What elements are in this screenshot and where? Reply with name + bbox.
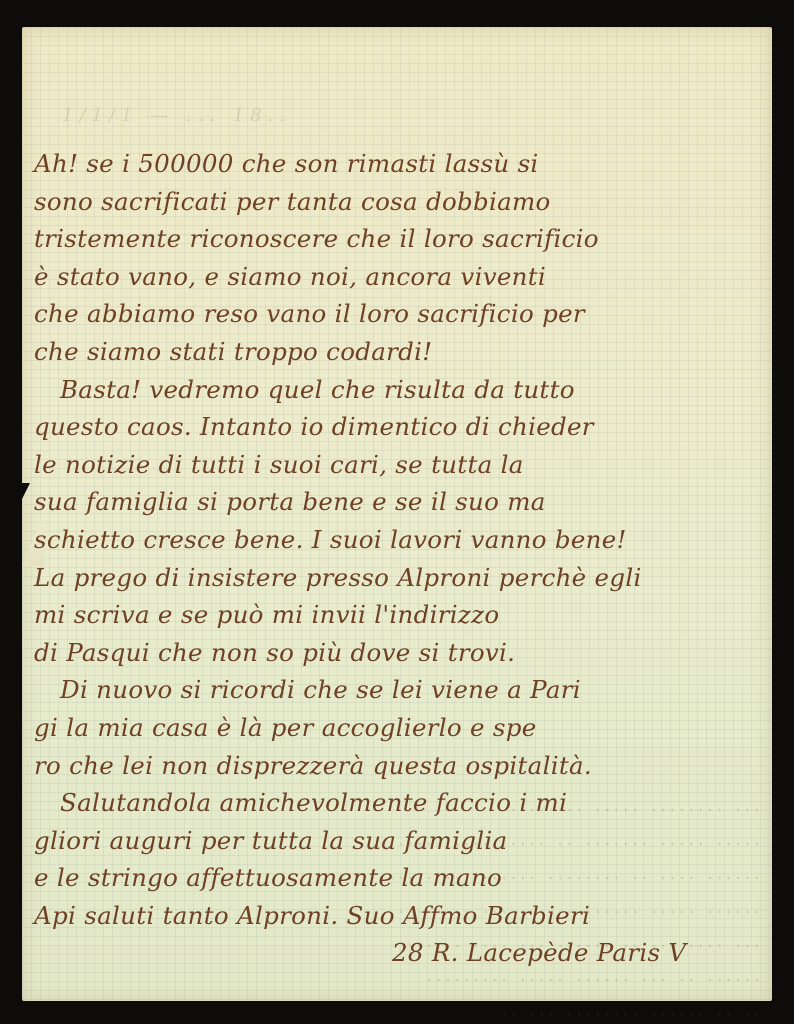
bleed-line: ... ........ ..... ........: [30, 787, 760, 821]
letter-line: che abbiamo reso vano il loro sacrificio…: [34, 295, 769, 333]
letter-line: sono sacrificati per tanta cosa dobbiamo: [34, 183, 769, 221]
bleed-line: ... .... ... .. ...... ... .... ......: [30, 923, 760, 957]
reverse-side-bleed-through: ... ........ ..... ........ ..... ..... …: [30, 787, 760, 1024]
torn-edge-notch: [0, 483, 30, 543]
letter-line: La prego di insistere presso Alproni per…: [34, 559, 769, 597]
letter-line: schietto cresce bene. I suoi lavori vann…: [34, 521, 769, 559]
bleed-line: ...... .. ... ...... ..... .........: [30, 957, 760, 991]
letter-line: ro che lei non disprezzerà questa ospita…: [34, 747, 769, 785]
letter-line: gi la mia casa è là per accoglierlo e sp…: [34, 709, 769, 747]
letter-page: 1/1/1 — ... 18.. Ah! se i 500000 che son…: [22, 27, 772, 1001]
letter-line: Basta! vedremo quel che risulta da tutto: [34, 371, 769, 409]
letter-line: di Pasqui che non so più dove si trovi.: [34, 634, 769, 672]
faint-header-bleed: 1/1/1 — ... 18..: [62, 105, 732, 126]
letter-line: Di nuovo si ricordi che se lei viene a P…: [34, 671, 769, 709]
letter-line: Ah! se i 500000 che son rimasti lassù si: [34, 145, 769, 183]
letter-line: sua famiglia si porta bene e se il suo m…: [34, 483, 769, 521]
bleed-line: ...... ..... ...... .... ..... ........: [30, 889, 760, 923]
letter-line: che siamo stati troppo codardi!: [34, 333, 769, 371]
letter-line: questo caos. Intanto io dimentico di chi…: [34, 408, 769, 446]
bleed-line: .. .. ...... ........ ... ..: [30, 991, 760, 1024]
bleed-line: ...... .... .. ........ ....... .. .....: [30, 855, 760, 889]
letter-line: le notizie di tutti i suoi cari, se tutt…: [34, 446, 769, 484]
bleed-line: ..... ..... ....... .. ..... .... ......…: [30, 821, 760, 855]
letter-line: mi scriva e se può mi invii l'indirizzo: [34, 596, 769, 634]
letter-line: tristemente riconoscere che il loro sacr…: [34, 220, 769, 258]
letter-line: è stato vano, e siamo noi, ancora vivent…: [34, 258, 769, 296]
